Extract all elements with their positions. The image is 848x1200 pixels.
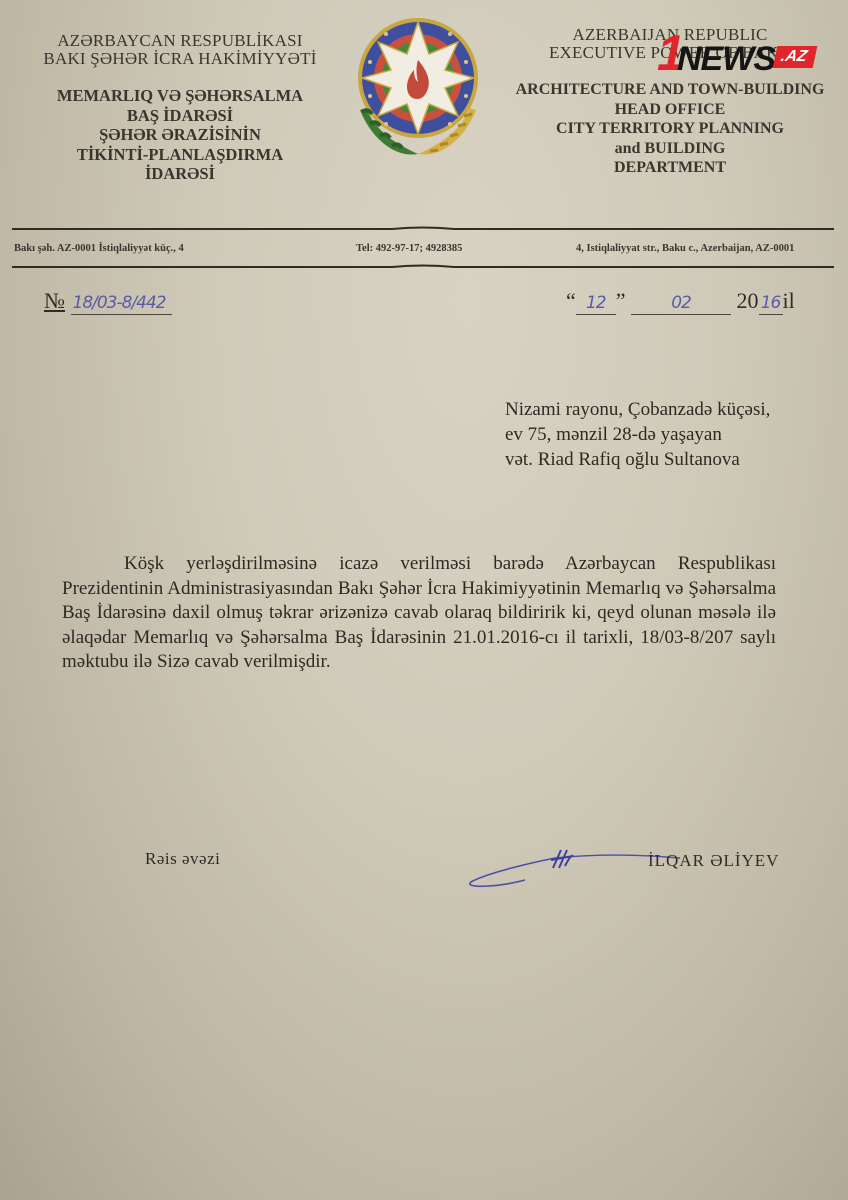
logo-news: NEWS — [677, 42, 775, 76]
letter-body: Köşk yerləşdirilməsinə icazə verilməsi b… — [62, 552, 776, 675]
reference-number-handwritten: 18/03-8/442 — [73, 293, 166, 313]
date-day: 12 — [586, 293, 606, 313]
date-year-suffix: 16 — [761, 293, 781, 313]
address-en: 4, Istiqlaliyyat str., Baku c., Azerbaij… — [576, 243, 794, 254]
letter-date: “12” 02 2016il — [566, 288, 795, 315]
date-month: 02 — [671, 293, 691, 313]
signatory-name: İLQAR ƏLİYEV — [648, 851, 779, 871]
header-rule-bottom — [12, 264, 834, 270]
number-sign: № — [44, 288, 65, 313]
address-az: Bakı şəh. AZ-0001 İstiqlaliyyət küç., 4 — [14, 243, 184, 254]
authority-subname-az: BAKI ŞƏHƏR İCRA HAKİMİYYƏTİ — [20, 50, 340, 68]
recipient-address: Nizami rayonu, Çobanzadə küçəsi, ev 75, … — [505, 397, 770, 472]
department-name-en: ARCHITECTURE AND TOWN-BUILDING HEAD OFFI… — [500, 80, 840, 178]
header-rule-top — [12, 226, 834, 232]
letterhead-left: AZƏRBAYCAN RESPUBLİKASI BAKI ŞƏHƏR İCRA … — [20, 32, 340, 184]
phone-numbers: Tel: 492-97-17; 4928385 — [356, 243, 462, 254]
signatory-title: Rəis əvəzi — [145, 849, 220, 869]
logo-az-badge: .AZ — [773, 46, 817, 68]
reference-number: № 18/03-8/442 — [44, 288, 172, 315]
department-name-az: MEMARLIQ VƏ ŞƏHƏRSALMA BAŞ İDARƏSİ ŞƏHƏR… — [20, 86, 340, 184]
authority-name-az: AZƏRBAYCAN RESPUBLİKASI — [20, 32, 340, 50]
state-emblem-icon — [352, 12, 484, 160]
news-watermark-logo: 1 NEWS .AZ — [655, 30, 825, 74]
